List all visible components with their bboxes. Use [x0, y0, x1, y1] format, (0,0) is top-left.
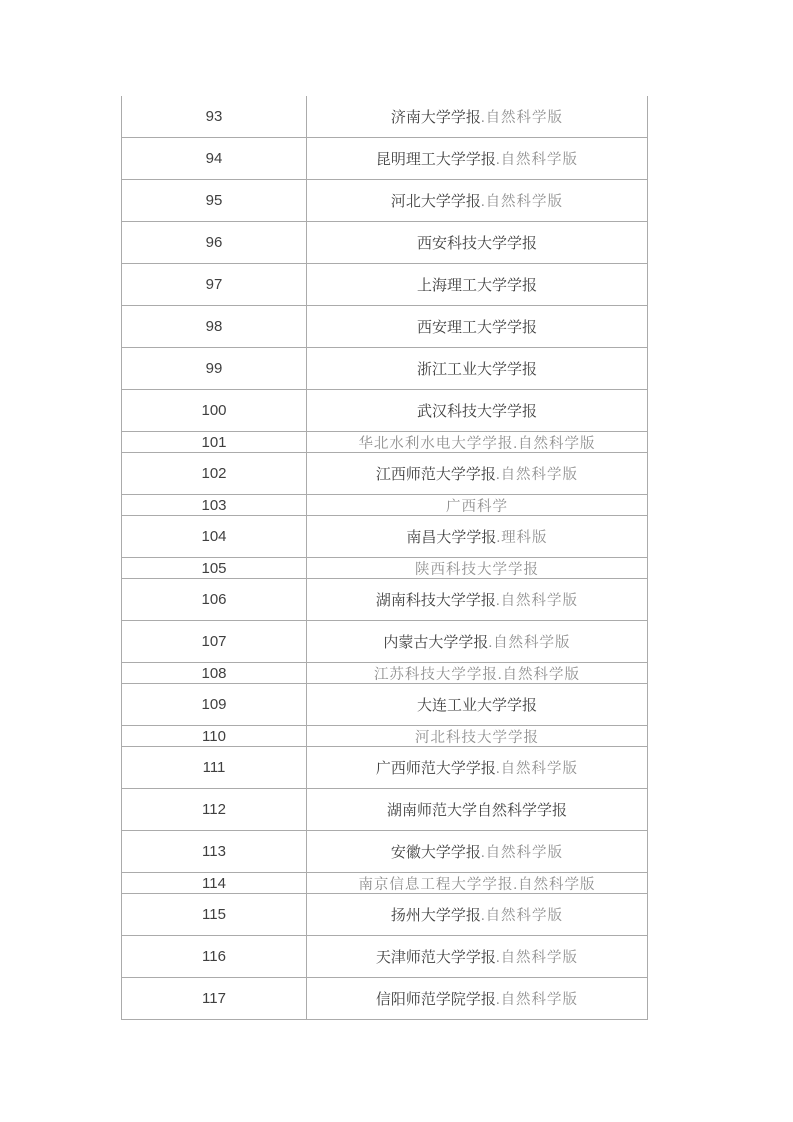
row-number: 101	[201, 434, 226, 451]
journal-name: 广西师范大学学报	[376, 757, 496, 778]
row-number-cell: 110	[122, 726, 307, 746]
table-row: 114 南京信息工程大学学报.自然科学版	[122, 873, 647, 894]
journal-name-cell: 信阳师范学院学报.自然科学版	[307, 978, 647, 1019]
journal-name-cell: 南京信息工程大学学报.自然科学版	[307, 873, 647, 893]
journal-name-cell: 河北大学学报.自然科学版	[307, 180, 647, 221]
table-row: 113 安徽大学学报.自然科学版	[122, 831, 647, 873]
row-number: 104	[201, 528, 226, 545]
journal-name: 湖南科技大学学报	[376, 589, 496, 610]
journal-name-cell: 江西师范大学学报.自然科学版	[307, 453, 647, 494]
journal-edition-suffix: .自然科学版	[496, 148, 578, 169]
row-number: 107	[201, 633, 226, 650]
table-row: 103 广西科学	[122, 495, 647, 516]
row-number: 94	[206, 150, 223, 167]
table-row: 98 西安理工大学学报	[122, 306, 647, 348]
journal-name: 江西师范大学学报	[376, 463, 496, 484]
table-row: 116 天津师范大学学报.自然科学版	[122, 936, 647, 978]
journal-name-cell: 内蒙古大学学报.自然科学版	[307, 621, 647, 662]
journal-name: 内蒙古大学学报	[383, 631, 488, 652]
row-number: 95	[206, 192, 223, 209]
journal-name: 河北大学学报	[391, 190, 481, 211]
journal-name: 南昌大学学报	[406, 526, 496, 547]
journal-edition-suffix: .自然科学版	[496, 757, 578, 778]
row-number-cell: 96	[122, 222, 307, 263]
journal-name: 华北水利水电大学学报.自然科学版	[358, 432, 595, 452]
journal-name-cell: 西安理工大学学报	[307, 306, 647, 347]
journal-name-cell: 西安科技大学学报	[307, 222, 647, 263]
row-number-cell: 94	[122, 138, 307, 179]
table-row: 102 江西师范大学学报.自然科学版	[122, 453, 647, 495]
journal-name: 天津师范大学学报	[376, 946, 496, 967]
journal-name: 扬州大学学报	[391, 904, 481, 925]
row-number: 115	[202, 906, 226, 923]
table-row: 115 扬州大学学报.自然科学版	[122, 894, 647, 936]
row-number: 97	[206, 276, 223, 293]
row-number-cell: 103	[122, 495, 307, 515]
table-row: 95 河北大学学报.自然科学版	[122, 180, 647, 222]
journal-name-cell: 广西科学	[307, 495, 647, 515]
journal-name: 江苏科技大学学报.自然科学版	[374, 663, 580, 683]
row-number-cell: 111	[122, 747, 307, 788]
journal-name-cell: 扬州大学学报.自然科学版	[307, 894, 647, 935]
row-number-cell: 101	[122, 432, 307, 452]
table-row: 108 江苏科技大学学报.自然科学版	[122, 663, 647, 684]
row-number-cell: 112	[122, 789, 307, 830]
table-row: 104 南昌大学学报.理科版	[122, 516, 647, 558]
journal-name: 信阳师范学院学报	[376, 988, 496, 1009]
table-row: 97 上海理工大学学报	[122, 264, 647, 306]
journal-table: 93 济南大学学报.自然科学版 94 昆明理工大学学报.自然科学版 95 河北大…	[121, 96, 648, 1020]
row-number: 111	[203, 759, 226, 776]
journal-name-cell: 大连工业大学学报	[307, 684, 647, 725]
table-row: 93 济南大学学报.自然科学版	[122, 96, 647, 138]
journal-name: 湖南师范大学自然科学学报	[387, 799, 567, 820]
journal-edition-suffix: .自然科学版	[496, 946, 578, 967]
table-row: 99 浙江工业大学学报	[122, 348, 647, 390]
journal-name-cell: 华北水利水电大学学报.自然科学版	[307, 432, 647, 452]
journal-name-cell: 湖南师范大学自然科学学报	[307, 789, 647, 830]
journal-name: 南京信息工程大学学报.自然科学版	[358, 873, 595, 893]
journal-name: 济南大学学报	[391, 106, 481, 127]
row-number-cell: 114	[122, 873, 307, 893]
row-number: 113	[202, 843, 226, 860]
row-number-cell: 115	[122, 894, 307, 935]
row-number-cell: 102	[122, 453, 307, 494]
row-number-cell: 109	[122, 684, 307, 725]
document-page: { "page": { "background": "#ffffff" }, "…	[0, 0, 793, 1122]
journal-edition-suffix: .自然科学版	[481, 904, 563, 925]
journal-edition-suffix: .自然科学版	[496, 589, 578, 610]
row-number: 109	[201, 696, 226, 713]
journal-name-cell: 安徽大学学报.自然科学版	[307, 831, 647, 872]
row-number-cell: 108	[122, 663, 307, 683]
journal-name: 浙江工业大学学报	[417, 358, 537, 379]
journal-name: 武汉科技大学学报	[417, 400, 537, 421]
table-row: 106 湖南科技大学学报.自然科学版	[122, 579, 647, 621]
row-number-cell: 98	[122, 306, 307, 347]
row-number-cell: 93	[122, 96, 307, 137]
row-number: 96	[206, 234, 223, 251]
row-number: 105	[201, 560, 226, 577]
row-number: 102	[201, 465, 226, 482]
table-row: 100 武汉科技大学学报	[122, 390, 647, 432]
journal-name-cell: 河北科技大学学报	[307, 726, 647, 746]
table-row: 111 广西师范大学学报.自然科学版	[122, 747, 647, 789]
journal-name: 安徽大学学报	[391, 841, 481, 862]
journal-edition-suffix: .自然科学版	[488, 631, 570, 652]
row-number-cell: 106	[122, 579, 307, 620]
journal-name-cell: 天津师范大学学报.自然科学版	[307, 936, 647, 977]
table-row: 109 大连工业大学学报	[122, 684, 647, 726]
row-number: 110	[202, 728, 226, 745]
journal-name-cell: 南昌大学学报.理科版	[307, 516, 647, 557]
row-number-cell: 116	[122, 936, 307, 977]
journal-edition-suffix: .自然科学版	[496, 988, 578, 1009]
journal-edition-suffix: .自然科学版	[481, 841, 563, 862]
row-number: 117	[202, 990, 226, 1007]
journal-name-cell: 江苏科技大学学报.自然科学版	[307, 663, 647, 683]
table-row: 101 华北水利水电大学学报.自然科学版	[122, 432, 647, 453]
journal-name: 西安理工大学学报	[417, 316, 537, 337]
journal-name-cell: 浙江工业大学学报	[307, 348, 647, 389]
row-number: 106	[201, 591, 226, 608]
journal-name: 西安科技大学学报	[417, 232, 537, 253]
journal-name-cell: 武汉科技大学学报	[307, 390, 647, 431]
row-number-cell: 107	[122, 621, 307, 662]
row-number: 99	[206, 360, 223, 377]
journal-name-cell: 湖南科技大学学报.自然科学版	[307, 579, 647, 620]
journal-name-cell: 昆明理工大学学报.自然科学版	[307, 138, 647, 179]
journal-name-cell: 陕西科技大学学报	[307, 558, 647, 578]
row-number-cell: 100	[122, 390, 307, 431]
row-number: 98	[206, 318, 223, 335]
row-number-cell: 117	[122, 978, 307, 1019]
row-number: 93	[206, 108, 223, 125]
row-number: 112	[202, 801, 226, 818]
row-number: 103	[201, 497, 226, 514]
row-number-cell: 95	[122, 180, 307, 221]
table-row: 112 湖南师范大学自然科学学报	[122, 789, 647, 831]
table-row: 96 西安科技大学学报	[122, 222, 647, 264]
journal-edition-suffix: .自然科学版	[481, 190, 563, 211]
row-number: 116	[202, 948, 226, 965]
row-number-cell: 105	[122, 558, 307, 578]
journal-edition-suffix: .自然科学版	[496, 463, 578, 484]
journal-edition-suffix: .自然科学版	[481, 106, 563, 127]
table-row: 110 河北科技大学学报	[122, 726, 647, 747]
journal-name: 河北科技大学学报	[415, 726, 539, 746]
row-number: 100	[201, 402, 226, 419]
row-number: 108	[201, 665, 226, 682]
journal-name: 上海理工大学学报	[417, 274, 537, 295]
row-number-cell: 104	[122, 516, 307, 557]
journal-name: 广西科学	[446, 495, 508, 515]
row-number-cell: 113	[122, 831, 307, 872]
journal-name-cell: 上海理工大学学报	[307, 264, 647, 305]
table-row: 105 陕西科技大学学报	[122, 558, 647, 579]
row-number-cell: 99	[122, 348, 307, 389]
journal-name: 大连工业大学学报	[417, 694, 537, 715]
table-row: 94 昆明理工大学学报.自然科学版	[122, 138, 647, 180]
row-number-cell: 97	[122, 264, 307, 305]
journal-name-cell: 广西师范大学学报.自然科学版	[307, 747, 647, 788]
journal-name: 陕西科技大学学报	[415, 558, 539, 578]
table-row: 117 信阳师范学院学报.自然科学版	[122, 978, 647, 1020]
journal-edition-suffix: .理科版	[496, 526, 547, 547]
table-row: 107 内蒙古大学学报.自然科学版	[122, 621, 647, 663]
journal-name-cell: 济南大学学报.自然科学版	[307, 96, 647, 137]
row-number: 114	[202, 875, 226, 892]
journal-name: 昆明理工大学学报	[376, 148, 496, 169]
